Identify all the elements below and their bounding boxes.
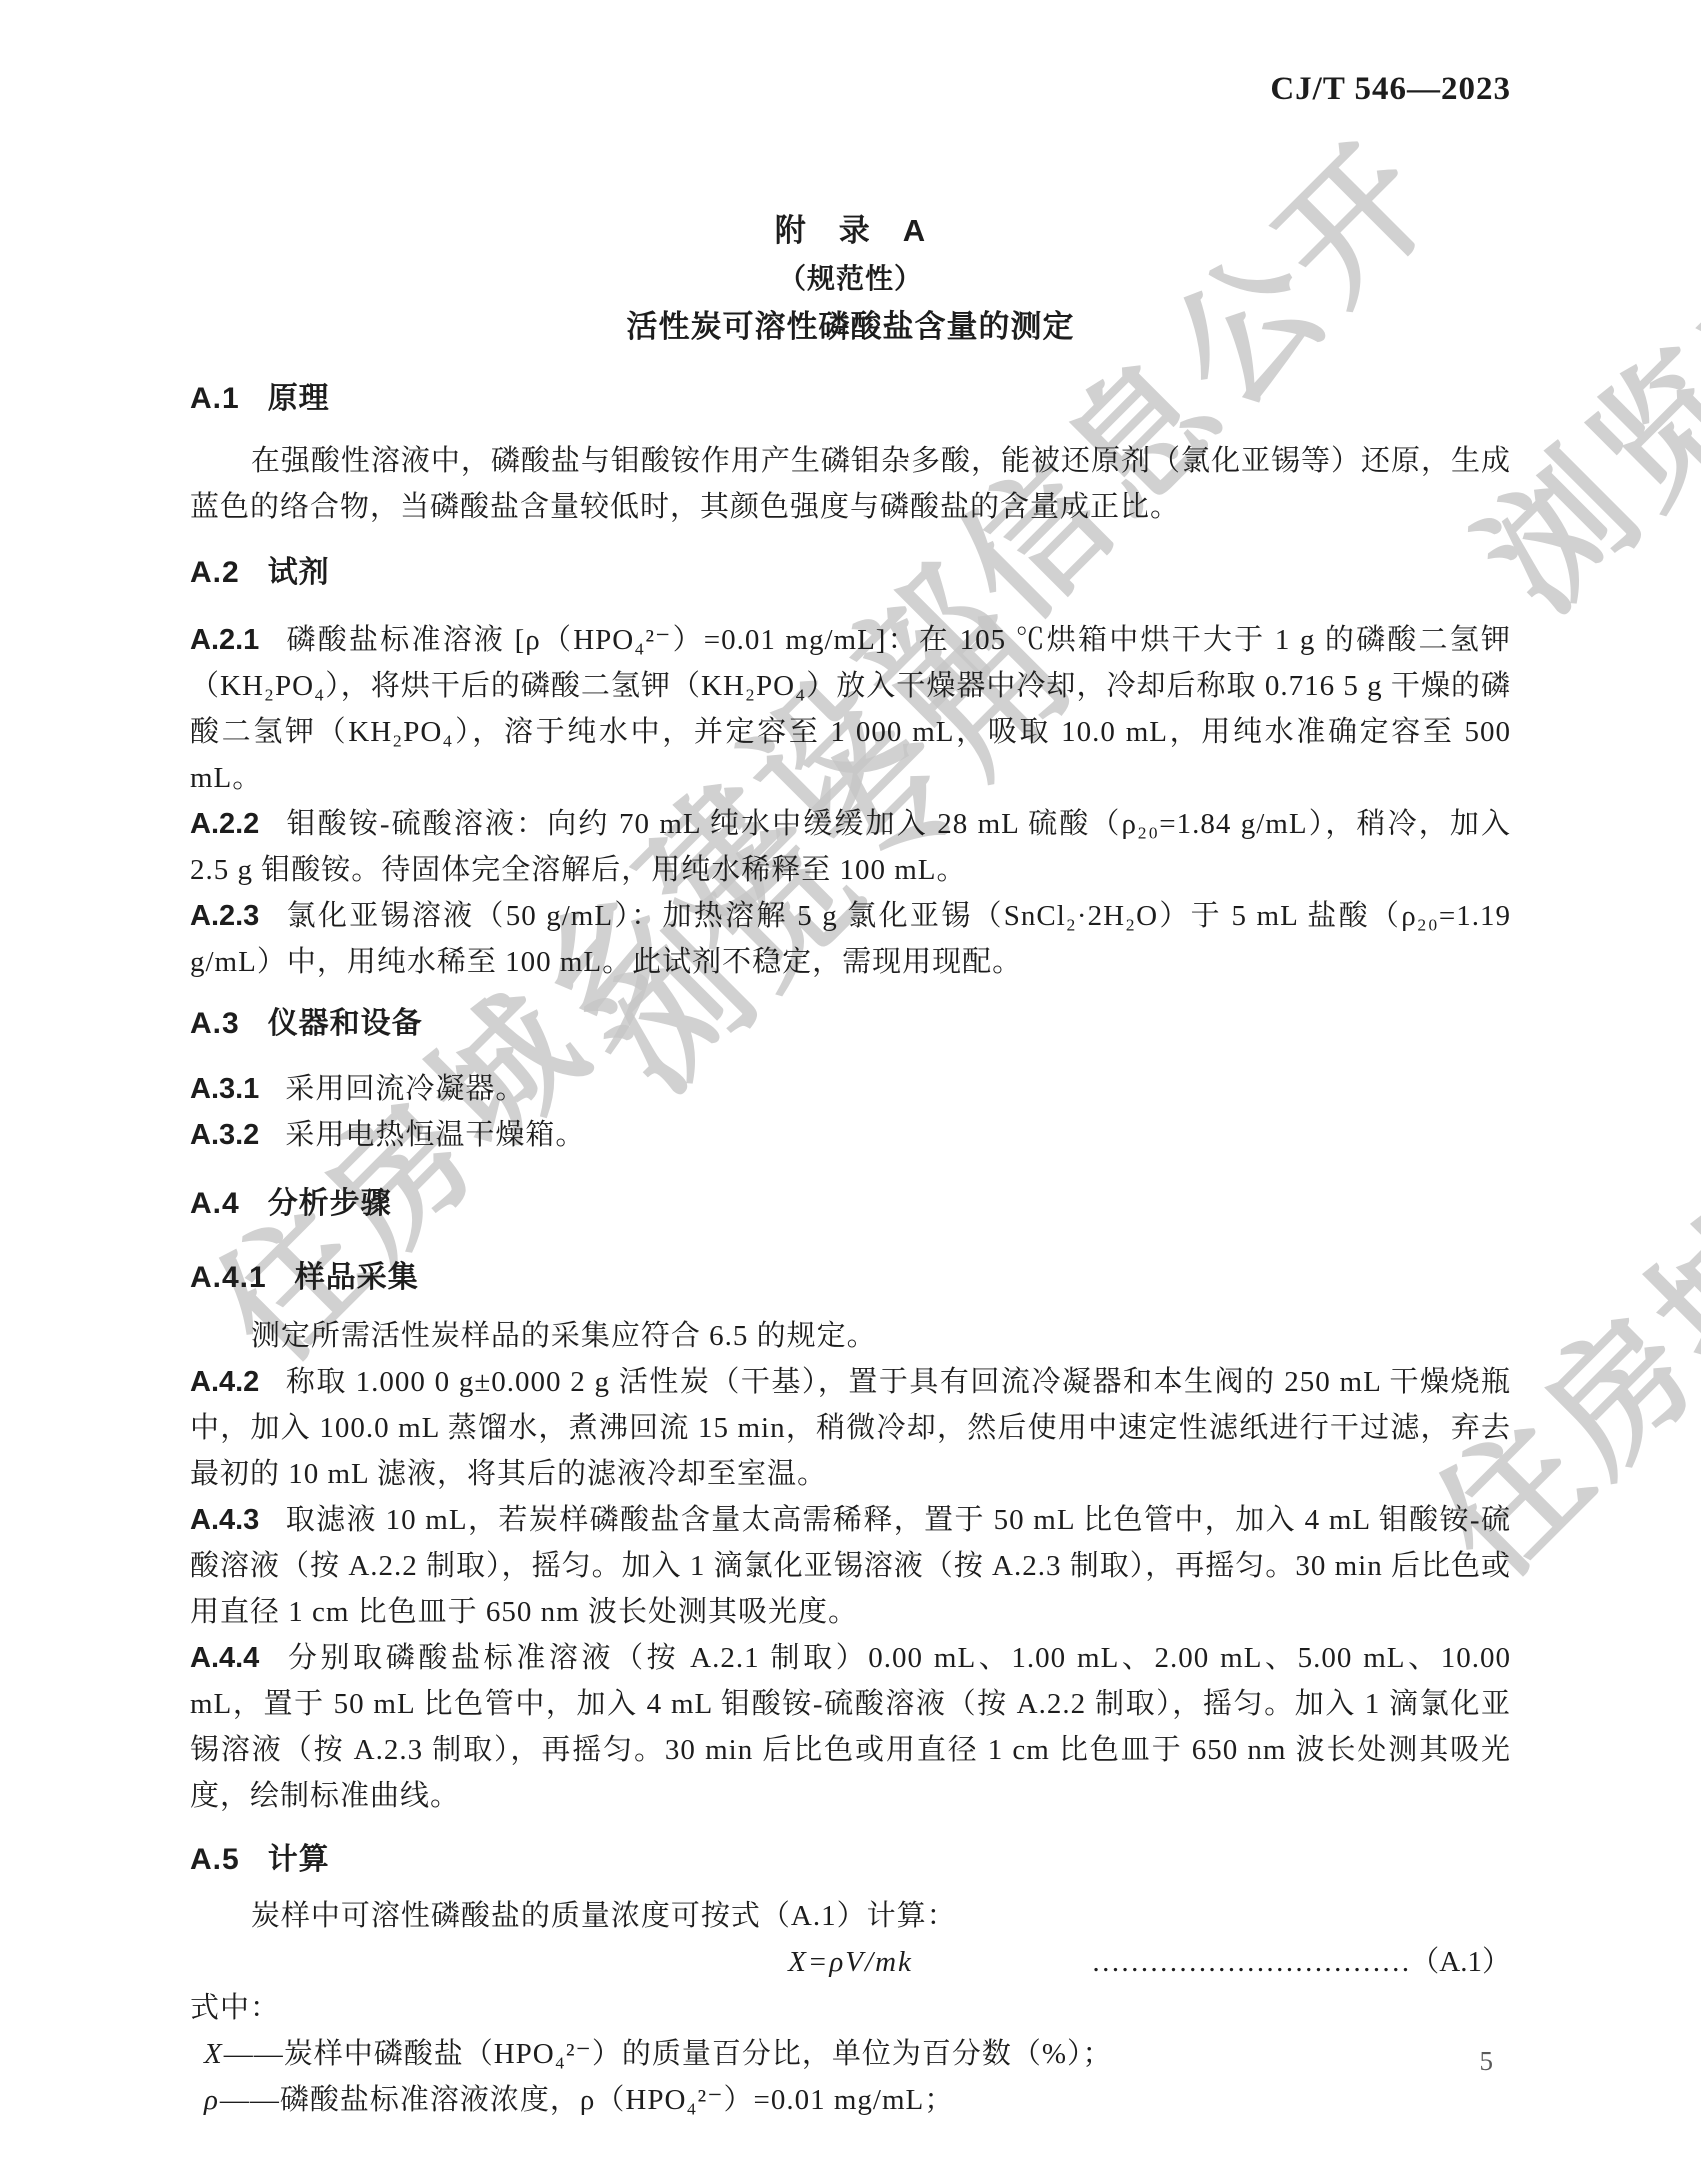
clause-number: A.2.2 — [190, 808, 259, 840]
leader-dots: …………………………… — [1091, 1946, 1410, 1978]
section-number: A.1 — [190, 382, 240, 415]
clause-number: A.4.1 — [190, 1261, 267, 1294]
clause-a3-2: A.3.2采用电热恒温干燥箱。 — [190, 1112, 1511, 1158]
symbol-definition-x: X——炭样中磷酸盐（HPO₄²⁻）的质量百分比，单位为百分数（%）； — [190, 2031, 1511, 2077]
formula-expression: X=ρV/mk — [788, 1946, 913, 1978]
appendix-heading: 附 录 A （规范性） 活性炭可溶性磷酸盐含量的测定 — [190, 208, 1511, 350]
symbol-definition-rho: ρ——磷酸盐标准溶液浓度，ρ（HPO₄²⁻）=0.01 mg/mL； — [190, 2077, 1511, 2123]
dash: —— — [220, 2084, 280, 2116]
definition-text: 磷酸盐标准溶液浓度，ρ（HPO₄²⁻）=0.01 mg/mL； — [280, 2084, 954, 2116]
clause-text: 氯化亚锡溶液（50 g/mL）：加热溶解 5 g 氯化亚锡（SnCl₂·2H₂O… — [190, 900, 1511, 978]
clause-text: 磷酸盐标准溶液 [ρ（HPO₄²⁻）=0.01 mg/mL]：在 105 ℃烘箱… — [190, 624, 1511, 794]
equation-number: （A.1） — [1410, 1946, 1511, 1978]
formula-a1: X=ρV/mk ……………………………（A.1） — [190, 1939, 1511, 1985]
page-content: CJ/T 546—2023 附 录 A （规范性） 活性炭可溶性磷酸盐含量的测定… — [0, 0, 1701, 2123]
dash: —— — [224, 2038, 284, 2070]
symbol: X — [204, 2038, 224, 2070]
section-heading-a4: A.4分析步骤 — [190, 1181, 1511, 1227]
section-heading-a3: A.3仪器和设备 — [190, 1001, 1511, 1047]
symbol: ρ — [204, 2084, 220, 2116]
clause-a3-1: A.3.1采用回流冷凝器。 — [190, 1066, 1511, 1112]
clause-text: 称取 1.000 0 g±0.000 2 g 活性炭（干基），置于具有回流冷凝器… — [190, 1366, 1511, 1490]
paragraph-a1: 在强酸性溶液中，磷酸盐与钼酸铵作用产生磷钼杂多酸，能被还原剂（氯化亚锡等）还原，… — [190, 438, 1511, 530]
section-number: A.3 — [190, 1007, 240, 1040]
clause-number: A.2.3 — [190, 900, 259, 932]
appendix-label: 附 录 A — [190, 208, 1511, 254]
section-heading-a5: A.5计算 — [190, 1837, 1511, 1883]
clause-text: 钼酸铵-硫酸溶液：向约 70 mL 纯水中缓缓加入 28 mL 硫酸（ρ₂₀=1… — [190, 808, 1511, 886]
clause-number: A.3.2 — [190, 1119, 259, 1151]
clause-text: 分别取磷酸盐标准溶液（按 A.2.1 制取）0.00 mL、1.00 mL、2.… — [190, 1642, 1511, 1812]
section-heading-a2: A.2试剂 — [190, 550, 1511, 596]
clause-title: 样品采集 — [295, 1261, 419, 1294]
document-page: 住房城乡建设部信息公开 浏览专用 住房城乡建设部信息公开 浏览专用 CJ/T 5… — [0, 0, 1701, 2158]
clause-a4-3: A.4.3取滤液 10 mL，若炭样磷酸盐含量太高需稀释，置于 50 mL 比色… — [190, 1497, 1511, 1635]
formula-leader: ……………………………（A.1） — [1091, 1939, 1511, 1985]
clause-number: A.4.4 — [190, 1642, 259, 1674]
section-title: 仪器和设备 — [268, 1007, 423, 1040]
section-number: A.4 — [190, 1187, 240, 1220]
appendix-title: 活性炭可溶性磷酸盐含量的测定 — [190, 304, 1511, 350]
clause-number: A.3.1 — [190, 1073, 259, 1105]
clause-a2-3: A.2.3氯化亚锡溶液（50 g/mL）：加热溶解 5 g 氯化亚锡（SnCl₂… — [190, 893, 1511, 985]
appendix-normative: （规范性） — [190, 254, 1511, 304]
clause-text: 采用电热恒温干燥箱。 — [285, 1119, 585, 1151]
clause-a4-4: A.4.4分别取磷酸盐标准溶液（按 A.2.1 制取）0.00 mL、1.00 … — [190, 1635, 1511, 1819]
clause-a4-2: A.4.2称取 1.000 0 g±0.000 2 g 活性炭（干基），置于具有… — [190, 1359, 1511, 1497]
clause-number: A.4.2 — [190, 1366, 259, 1398]
clause-number: A.4.3 — [190, 1504, 259, 1536]
definition-text: 炭样中磷酸盐（HPO₄²⁻）的质量百分比，单位为百分数（%）； — [284, 2038, 1113, 2070]
clause-text: 取滤液 10 mL，若炭样磷酸盐含量太高需稀释，置于 50 mL 比色管中，加入… — [190, 1504, 1511, 1628]
clause-text: 采用回流冷凝器。 — [285, 1073, 525, 1105]
standard-code-header: CJ/T 546—2023 — [190, 66, 1511, 112]
section-title: 分析步骤 — [268, 1187, 392, 1220]
section-title: 试剂 — [268, 556, 330, 589]
section-number: A.2 — [190, 556, 240, 589]
clause-a2-2: A.2.2钼酸铵-硫酸溶液：向约 70 mL 纯水中缓缓加入 28 mL 硫酸（… — [190, 801, 1511, 893]
section-number: A.5 — [190, 1843, 240, 1876]
subsection-heading-a4-1: A.4.1样品采集 — [190, 1255, 1511, 1301]
where-label: 式中： — [190, 1985, 1511, 2031]
formula-intro: 炭样中可溶性磷酸盐的质量浓度可按式（A.1）计算： — [190, 1893, 1511, 1939]
section-title: 计算 — [268, 1843, 330, 1876]
section-heading-a1: A.1原理 — [190, 376, 1511, 422]
clause-number: A.2.1 — [190, 624, 259, 656]
paragraph-a4-1: 测定所需活性炭样品的采集应符合 6.5 的规定。 — [190, 1313, 1511, 1359]
page-number: 5 — [1480, 2046, 1494, 2077]
section-title: 原理 — [268, 382, 330, 415]
clause-a2-1: A.2.1磷酸盐标准溶液 [ρ（HPO₄²⁻）=0.01 mg/mL]：在 10… — [190, 617, 1511, 801]
